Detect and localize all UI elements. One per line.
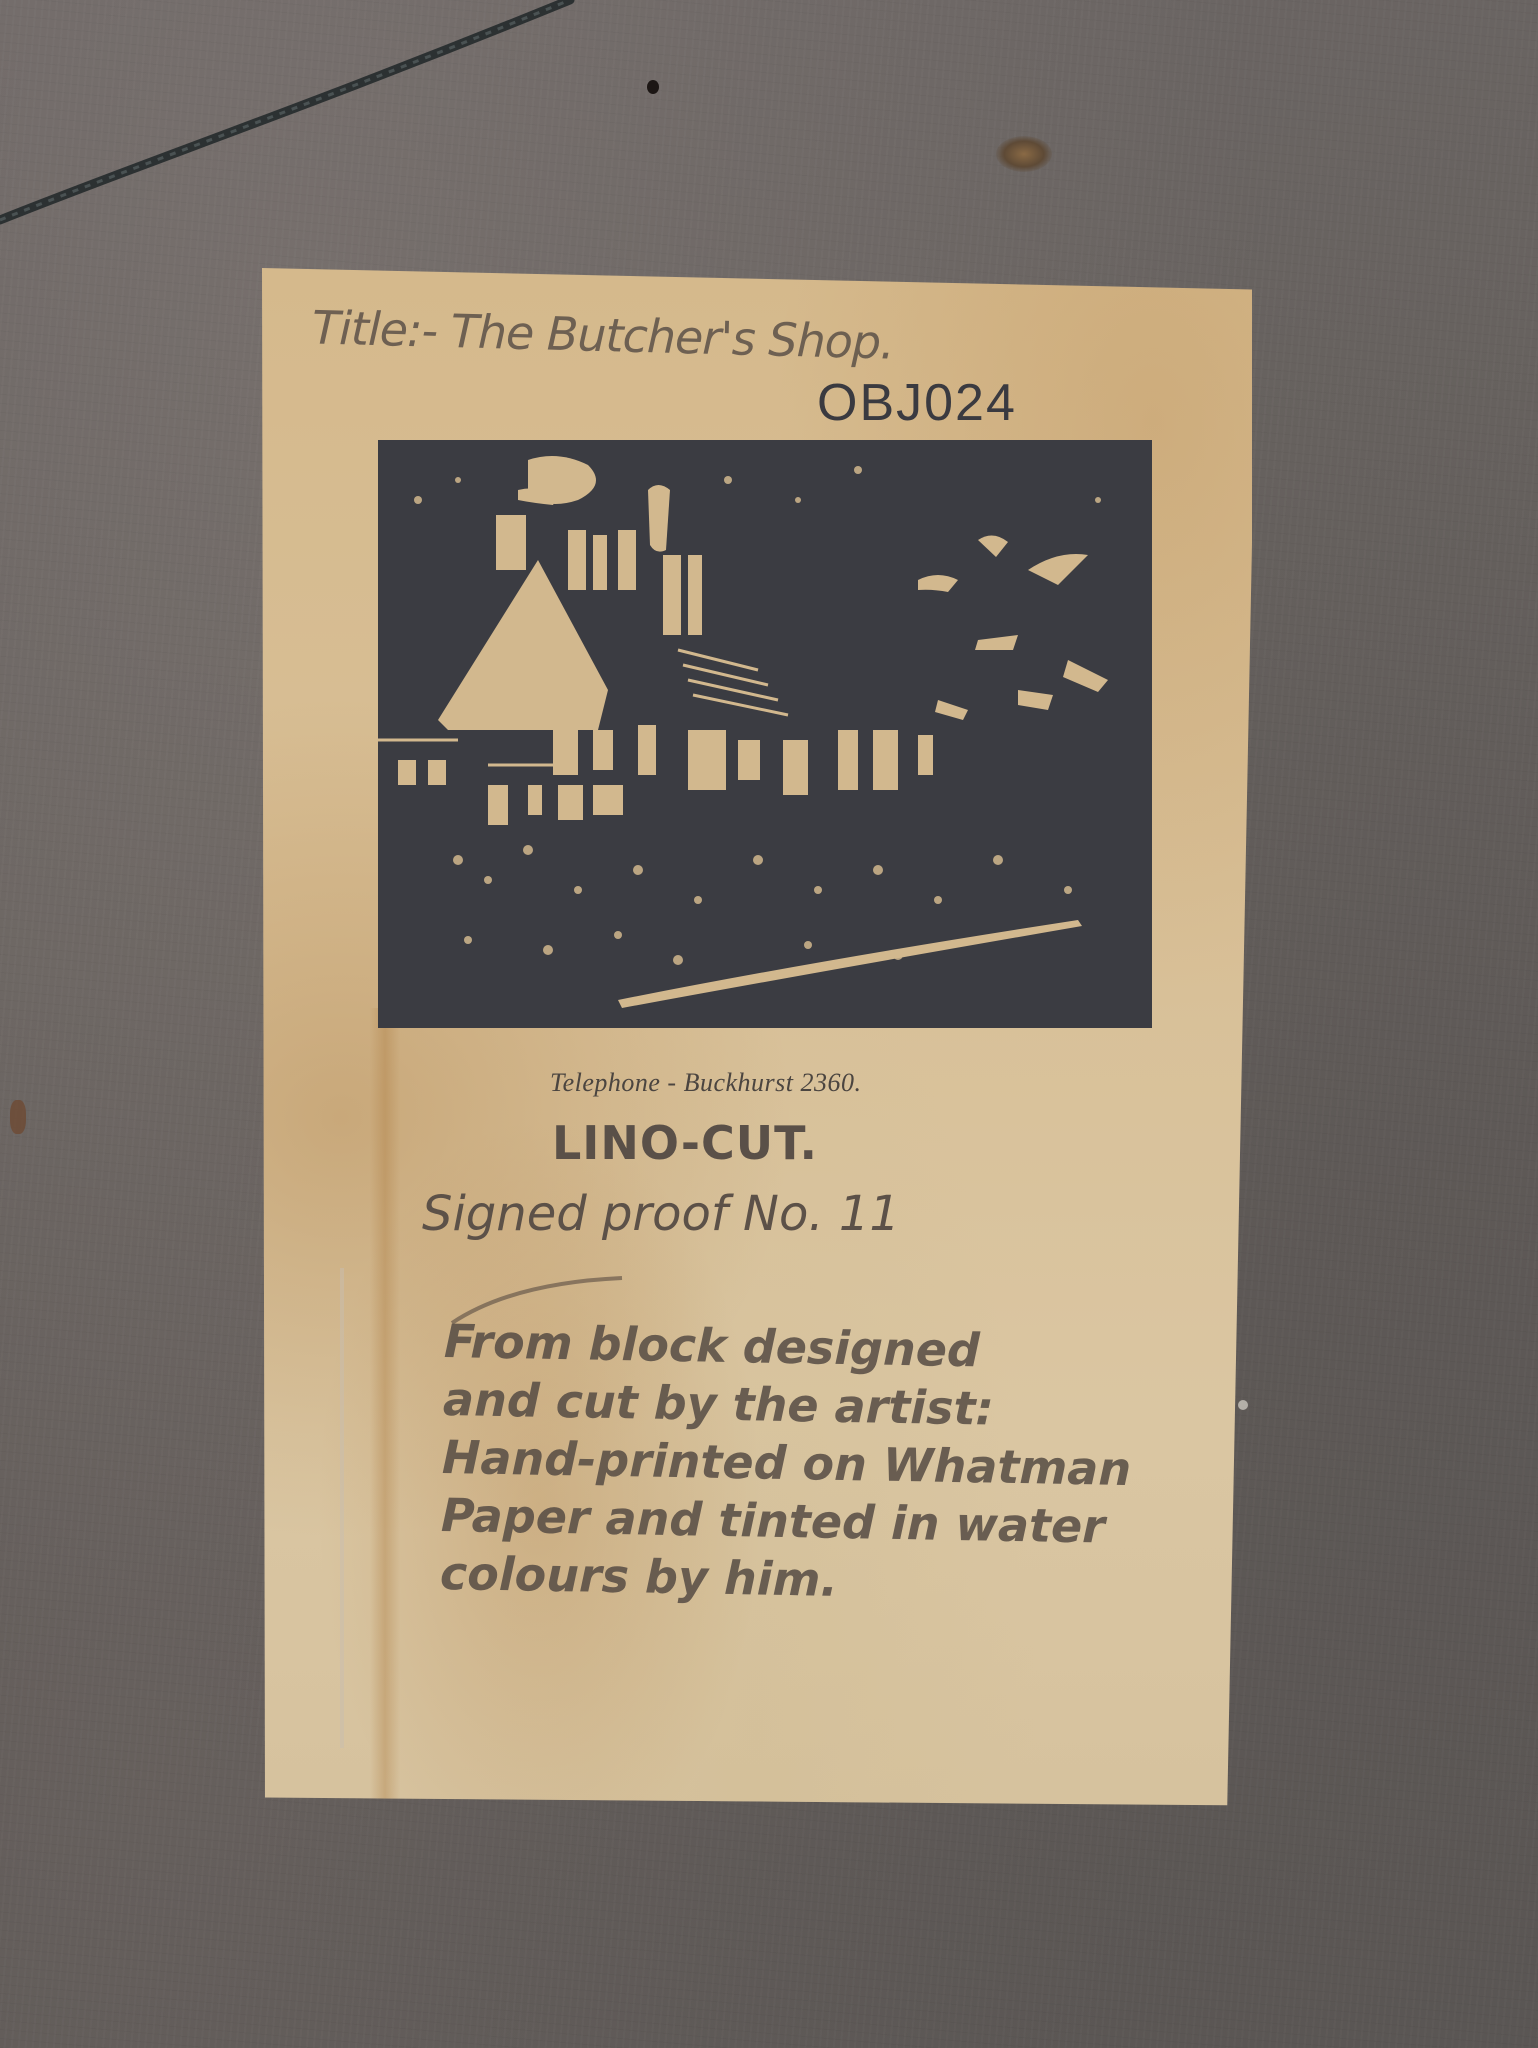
- board-mark: [1238, 1400, 1248, 1410]
- paper-crease: [340, 1268, 344, 1748]
- telephone-line: Telephone - Buckhurst 2360.: [550, 1068, 862, 1098]
- notes-line: colours by him.: [440, 1544, 1130, 1614]
- rust-hole: [996, 136, 1052, 172]
- hanging-wire: [0, 0, 600, 240]
- water-stain: [370, 1008, 400, 1808]
- paper-label: Title:- The Butcher's Shop. OBJ024: [262, 268, 1252, 1813]
- medium-label: LINO-CUT.: [552, 1116, 818, 1170]
- proof-number: Signed proof No. 11: [422, 1186, 900, 1242]
- provenance-notes: From block designed and cut by the artis…: [440, 1312, 1134, 1614]
- rust-mark: [10, 1100, 26, 1134]
- title-handwriting: Title:- The Butcher's Shop.: [311, 300, 894, 369]
- catalog-number: OBJ024: [817, 373, 1017, 433]
- nail-hole: [647, 80, 659, 94]
- linocut-print: [378, 440, 1152, 1028]
